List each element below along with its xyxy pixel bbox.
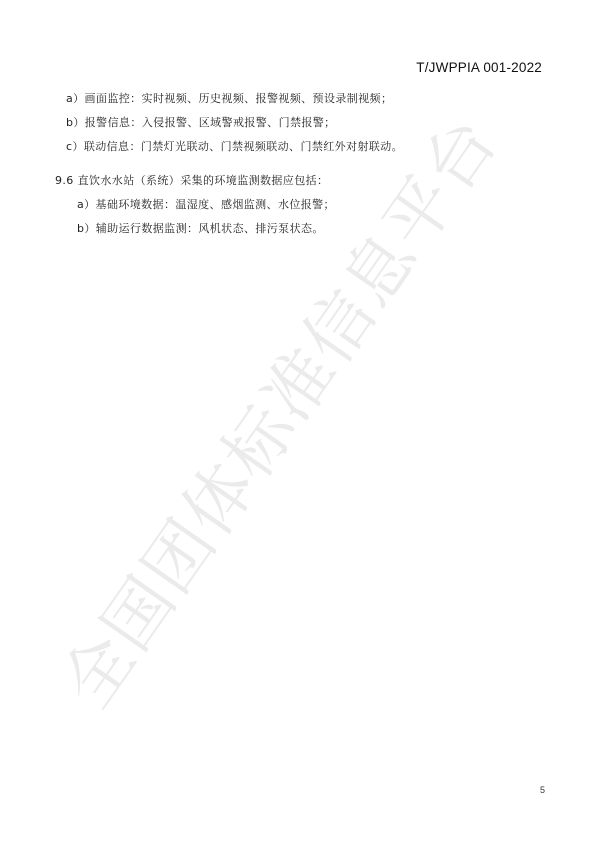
clause-9-6-heading: 9.6 直饮水水站（系统）采集的环境监测数据应包括： <box>55 174 328 187</box>
document-page: 全国团体标准信息平台 T/JWPPIA 001-2022 a）画面监控：实时视频… <box>0 0 600 842</box>
list-item-b-auxiliary-operation-data: b）辅助运行数据监测：风机状态、排污泵状态。 <box>77 222 324 235</box>
list-item-b-alarm-info: b）报警信息：入侵报警、区域警戒报警、门禁报警； <box>66 116 336 129</box>
list-item-c-linkage-info: c）联动信息：门禁灯光联动、门禁视频联动、门禁红外对射联动。 <box>66 140 403 153</box>
list-item-a-basic-environment-data: a）基础环境数据：温湿度、感烟监测、水位报警； <box>77 198 335 211</box>
standard-code-header: T/JWPPIA 001-2022 <box>416 60 542 75</box>
page-number: 5 <box>540 785 545 795</box>
list-item-a-screen-monitoring: a）画面监控：实时视频、历史视频、报警视频、预设录制视频； <box>66 92 392 105</box>
